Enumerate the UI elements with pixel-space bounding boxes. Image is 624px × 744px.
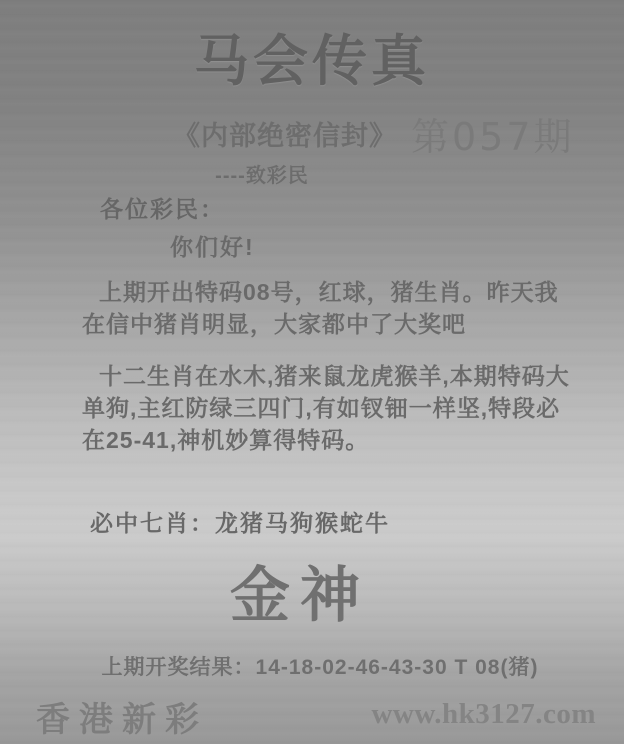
page-title: 马会传真 [0,32,624,92]
last-result-line: 上期开奖结果：14-18-02-46-43-30 T 08(猪) [0,651,624,681]
issue-number: 第057期 [411,106,575,161]
prediction-line: 必中七肖：龙猪马狗猴蛇牛 [90,505,390,538]
website-watermark: www.hk3127.com [371,698,596,731]
greeting: 你们好! [170,229,255,262]
letter-paragraph-2: 十二生肖在水木,猪来鼠龙虎猴羊,本期特码大 单狗,主红防绿三四门,有如钗钿一样坚… [82,360,574,456]
fax-letter-page: 马会传真 《内部绝密信封》 第057期 ----致彩民 各位彩民： 你们好! 上… [0,0,624,744]
paragraph-1-line-1: 上期开出特码08号，红球，猪生肖。昨天我 [82,276,574,308]
brand-watermark: 香港新彩 [36,692,208,741]
salutation: 各位彩民： [100,191,225,224]
subtitle-row: 《内部绝密信封》 第057期 [173,106,575,161]
paragraph-1-line-2: 在信中猪肖明显，大家都中了大奖吧 [82,308,574,340]
paragraph-2-line-2: 单狗,主红防绿三四门,有如钗钿一样坚,特段必 [82,392,574,424]
signature: 金神 [0,548,600,634]
envelope-label: 《内部绝密信封》 [173,114,397,153]
dedication-line: ----致彩民 [0,159,524,188]
letter-paragraph-1: 上期开出特码08号，红球，猪生肖。昨天我 在信中猪肖明显，大家都中了大奖吧 [82,276,574,340]
paragraph-2-line-3: 在25-41,神机妙算得特码。 [82,424,574,456]
paragraph-2-line-1: 十二生肖在水木,猪来鼠龙虎猴羊,本期特码大 [82,360,574,392]
